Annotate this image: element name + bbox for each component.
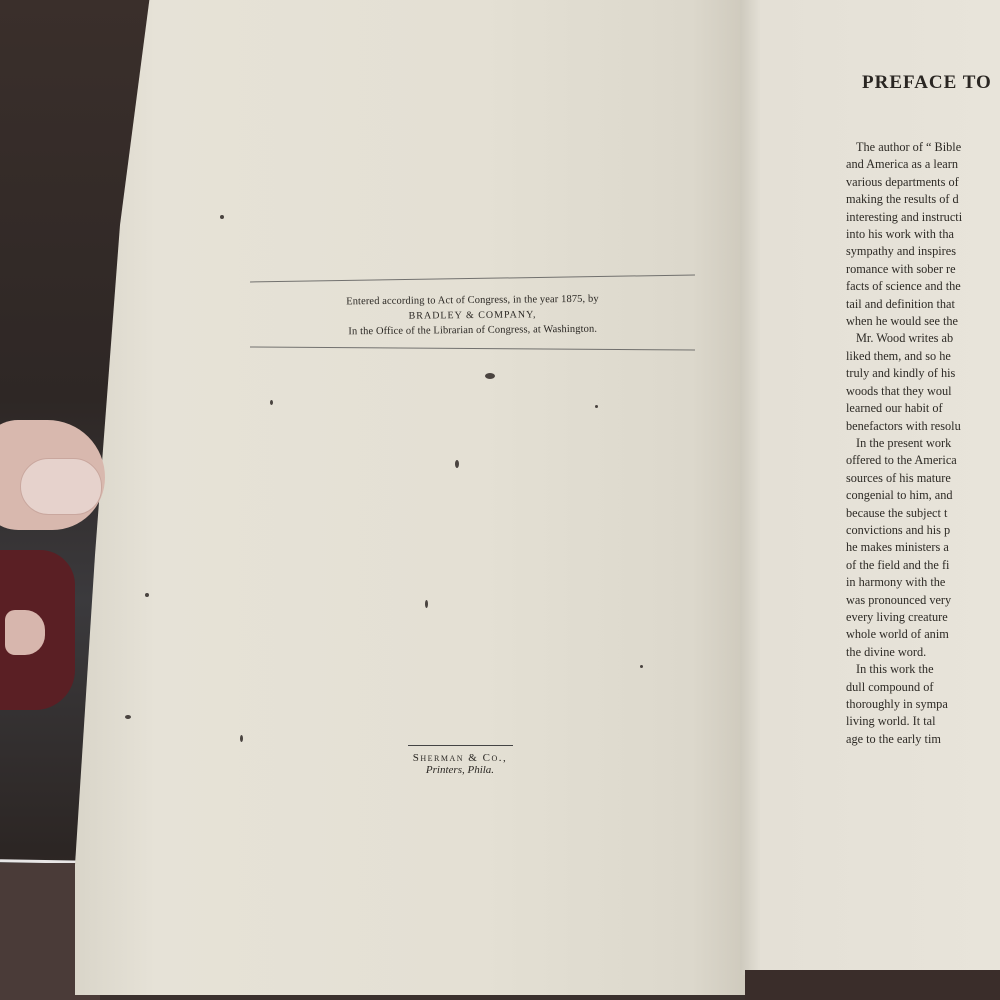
preface-line: when he would see the [846, 313, 1000, 330]
printer-place: Printers, Phila. [385, 764, 535, 776]
preface-line: convictions and his p [846, 522, 1000, 539]
foxing-spot [145, 593, 149, 597]
foxing-spot [455, 460, 459, 468]
preface-line: benefactors with resolu [846, 418, 1000, 435]
preface-line: making the results of d [846, 191, 1000, 208]
preface-line: living world. It tal [846, 713, 1000, 730]
preface-line: into his work with tha [846, 226, 1000, 243]
preface-line: The author of “ Bible [846, 139, 1000, 156]
foxing-spot [485, 373, 495, 379]
preface-line: In this work the [846, 661, 1000, 678]
preface-line: liked them, and so he [846, 348, 1000, 365]
preface-line: In the present work [846, 435, 1000, 452]
preface-line: was pronounced very [846, 592, 1000, 609]
preface-line: learned our habit of [846, 400, 1000, 417]
preface-title: PREFACE TO [862, 72, 992, 94]
preface-line: facts of science and the [846, 278, 1000, 295]
preface-line: every living creature [846, 609, 1000, 626]
foxing-spot [125, 715, 131, 719]
hand-finger [5, 610, 45, 655]
printer-rule [408, 745, 513, 746]
preface-line: woods that they woul [846, 383, 1000, 400]
printer-imprint: Sherman & Co., Printers, Phila. [385, 745, 535, 776]
foxing-spot [425, 600, 428, 608]
preface-line: he makes ministers a [846, 539, 1000, 556]
preface-body: The author of “ Bibleand America as a le… [846, 139, 1000, 748]
thumbnail-nail [20, 458, 102, 515]
foxing-spot [270, 400, 273, 405]
preface-line: sympathy and inspires [846, 243, 1000, 260]
preface-line: age to the early tim [846, 731, 1000, 748]
preface-line: interesting and instructi [846, 209, 1000, 226]
foxing-spot [595, 405, 598, 408]
foxing-spot [640, 665, 643, 668]
preface-line: congenial to him, and [846, 487, 1000, 504]
preface-line: romance with sober re [846, 261, 1000, 278]
printer-name: Sherman & Co., [385, 752, 535, 764]
preface-line: of the field and the fi [846, 557, 1000, 574]
preface-line: Mr. Wood writes ab [846, 330, 1000, 347]
preface-line: because the subject t [846, 505, 1000, 522]
left-book-page [75, 0, 745, 995]
foxing-spot [240, 735, 243, 742]
preface-line: the divine word. [846, 644, 1000, 661]
preface-line: various departments of [846, 174, 1000, 191]
preface-line: tail and definition that [846, 296, 1000, 313]
preface-line: in harmony with the [846, 574, 1000, 591]
preface-line: and America as a learn [846, 156, 1000, 173]
foxing-spot [220, 215, 224, 219]
preface-line: truly and kindly of his [846, 365, 1000, 382]
preface-line: dull compound of [846, 679, 1000, 696]
preface-line: sources of his mature [846, 470, 1000, 487]
preface-line: offered to the America [846, 452, 1000, 469]
preface-line: whole world of anim [846, 626, 1000, 643]
book-cover-edge [745, 970, 1000, 1000]
preface-line: thoroughly in sympa [846, 696, 1000, 713]
copyright-notice: Entered according to Act of Congress, in… [250, 278, 695, 349]
